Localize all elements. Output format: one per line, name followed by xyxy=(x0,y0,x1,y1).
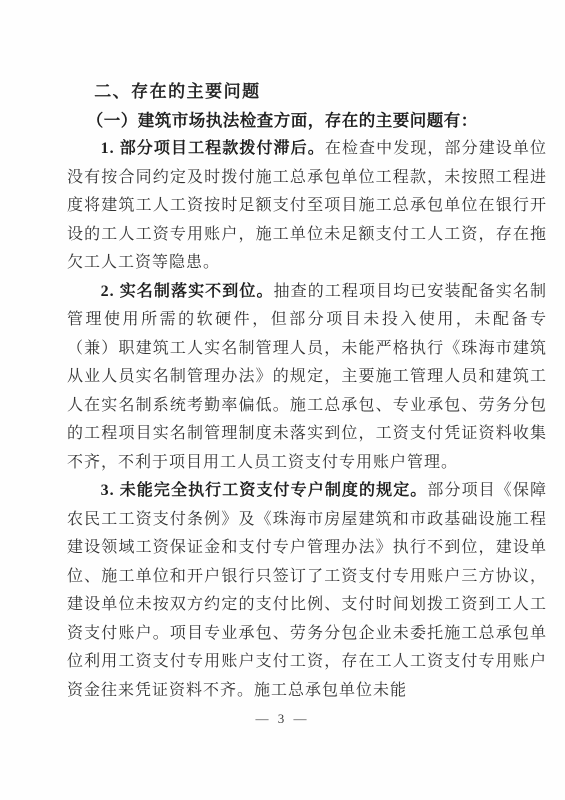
paragraph-2-lead: 2. 实名制落实不到位。 xyxy=(101,283,274,300)
paragraph-2-body: 抽查的工程项目均已安装配备实名制管理使用所需的软硬件，但部分项目未投入使用，未配… xyxy=(67,283,547,471)
paragraph-3: 3. 未能完全执行工资支付专户制度的规定。部分项目《保障农民工工资支付条例》及《… xyxy=(67,477,547,705)
section-heading: 二、存在的主要问题 xyxy=(67,78,547,107)
subsection-heading: （一）建筑市场执法检查方面，存在的主要问题有： xyxy=(67,107,547,136)
paragraph-2: 2. 实名制落实不到位。抽查的工程项目均已安装配备实名制管理使用所需的软硬件，但… xyxy=(67,278,547,478)
document-page: 二、存在的主要问题 （一）建筑市场执法检查方面，存在的主要问题有： 1. 部分项… xyxy=(0,0,565,800)
paragraph-1-body: 在检查中发现，部分建设单位没有按合同约定及时拨付施工总承包单位工程款，未按照工程… xyxy=(67,140,547,271)
paragraph-1: 1. 部分项目工程款拨付滞后。在检查中发现，部分建设单位没有按合同约定及时拨付施… xyxy=(67,135,547,278)
paragraph-1-lead: 1. 部分项目工程款拨付滞后。 xyxy=(101,140,325,157)
paragraph-3-lead: 3. 未能完全执行工资支付专户制度的规定。 xyxy=(101,482,428,499)
page-number: — 3 — xyxy=(0,711,565,727)
paragraph-3-body: 部分项目《保障农民工工资支付条例》及《珠海市房屋建筑和市政基础设施工程建设领域工… xyxy=(67,482,547,699)
